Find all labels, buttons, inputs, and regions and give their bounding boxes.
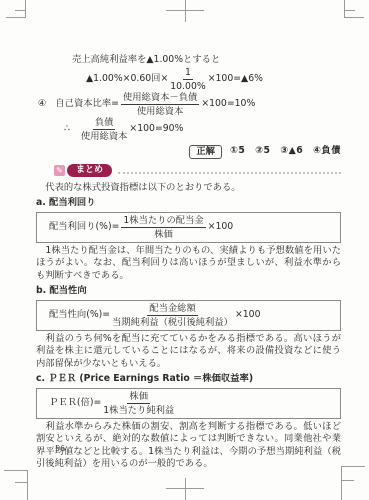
item4-lhs: 自己資本比率= <box>55 98 119 111</box>
answer-values: ①5 ②5 ③▲6 ④負債 <box>230 145 341 158</box>
summary-badge-row: ✎ まとめ <box>54 164 341 178</box>
conclusion-fraction-numerator: 負債 <box>93 117 116 130</box>
exercise-assumption: 売上高純利益率を▲1.00%とすると <box>72 54 341 67</box>
formula-b-numerator: 配当金総額 <box>147 303 198 316</box>
formula-b-lhs: 配当性向(%)= <box>49 309 110 322</box>
memo-pencil-icon: ✎ <box>54 165 65 176</box>
item4-suffix: ×100=10% <box>201 98 255 111</box>
calc-fraction: 1 10.00% <box>170 67 205 92</box>
trim-mark-bottom-right <box>341 462 369 500</box>
exercise-calculation: ▲1.00%×0.60回× 1 10.00% ×100=▲6% <box>86 68 341 92</box>
formula-b-fraction: 配当金総額 当期純利益（税引後純利益） <box>112 303 233 328</box>
scanned-page: 売上高純利益率を▲1.00%とすると ▲1.00%×0.60回× 1 10.00… <box>0 0 369 500</box>
formula-c-fraction: 株価 1株当たり純利益 <box>103 391 174 416</box>
page-number: 56 <box>55 444 65 453</box>
section-b-formula-box: 配当性向(%)= 配当金総額 当期純利益（税引後純利益） ×100 <box>36 300 341 331</box>
formula-b-suffix: ×100 <box>235 309 261 322</box>
section-b-heading: b. 配当性向 <box>36 285 341 298</box>
answer-row: 正解 ①5 ②5 ③▲6 ④負債 <box>36 145 341 159</box>
item4-marker: ④ <box>38 98 46 111</box>
formula-c-denominator: 1株当たり純利益 <box>103 404 174 416</box>
answer-label-box: 正解 <box>189 145 222 159</box>
formula-a-numerator: 1株当たりの配当金 <box>121 215 205 228</box>
item4-fraction-numerator: 使用総資本－負債 <box>121 92 199 105</box>
formula-a-suffix: ×100 <box>208 221 234 234</box>
formula-a-denominator: 株価 <box>154 228 173 240</box>
item4-fraction: 使用総資本－負債 使用総資本 <box>121 92 199 117</box>
trim-mark-top-left <box>4 0 28 22</box>
page-content: 売上高純利益率を▲1.00%とすると ▲1.00%×0.60回× 1 10.00… <box>36 54 341 471</box>
register-cross-bottom <box>166 478 204 500</box>
register-cross-top <box>166 0 204 22</box>
exercise-conclusion: ∴ 負債 使用総資本 ×100=90% <box>64 118 341 142</box>
summary-badge: まとめ <box>67 164 112 177</box>
calc-prefix: ▲1.00%×0.60回× <box>86 73 168 86</box>
section-b-body: 利益のうち何%を配当に充てているかをみる指標である。高いほうが利益を株主に還元し… <box>36 333 341 371</box>
formula-a-fraction: 1株当たりの配当金 株価 <box>121 215 205 240</box>
section-c-body: 利益水準からみた株価の割安、割高を判断する指標である。低いほど割安といえるが、絶… <box>36 421 341 471</box>
section-a-heading: a. 配当利回り <box>36 197 341 210</box>
calc-suffix: ×100=▲6% <box>208 73 263 86</box>
formula-a-lhs: 配当利回り(%)= <box>49 221 119 234</box>
exercise-item4: ④ 自己資本比率= 使用総資本－負債 使用総資本 ×100=10% <box>38 93 341 117</box>
conclusion-fraction: 負債 使用総資本 <box>81 117 128 142</box>
formula-b-denominator: 当期純利益（税引後純利益） <box>112 316 233 328</box>
trim-mark-bottom-left <box>0 466 28 500</box>
formula-c-numerator: 株価 <box>127 391 150 404</box>
conclusion-fraction-denominator: 使用総資本 <box>81 130 128 142</box>
section-c-heading: c. ＰＥＲ (Price Earnings Ratio ＝株価収益率) <box>36 373 341 386</box>
section-a-formula-box: 配当利回り(%)= 1株当たりの配当金 株価 ×100 <box>36 212 341 243</box>
section-c-formula-box: ＰＥＲ(倍)= 株価 1株当たり純利益 <box>36 388 341 419</box>
formula-c-lhs: ＰＥＲ(倍)= <box>49 397 101 410</box>
conclusion-suffix: ×100=90% <box>129 123 183 136</box>
calc-fraction-numerator: 1 <box>183 67 193 80</box>
section-a-body: 1株当たり配当金は、年間当たりのもの、実績よりも予想数値を用いたほうがよい。なお… <box>36 245 341 283</box>
calc-fraction-denominator: 10.00% <box>170 80 205 92</box>
item4-fraction-denominator: 使用総資本 <box>137 105 184 117</box>
summary-intro: 代表的な株式投資指標は以下のとおりである。 <box>36 182 341 195</box>
therefore-symbol: ∴ <box>64 123 70 136</box>
trim-mark-top-right <box>342 0 366 22</box>
dotted-leader-line <box>118 168 341 174</box>
